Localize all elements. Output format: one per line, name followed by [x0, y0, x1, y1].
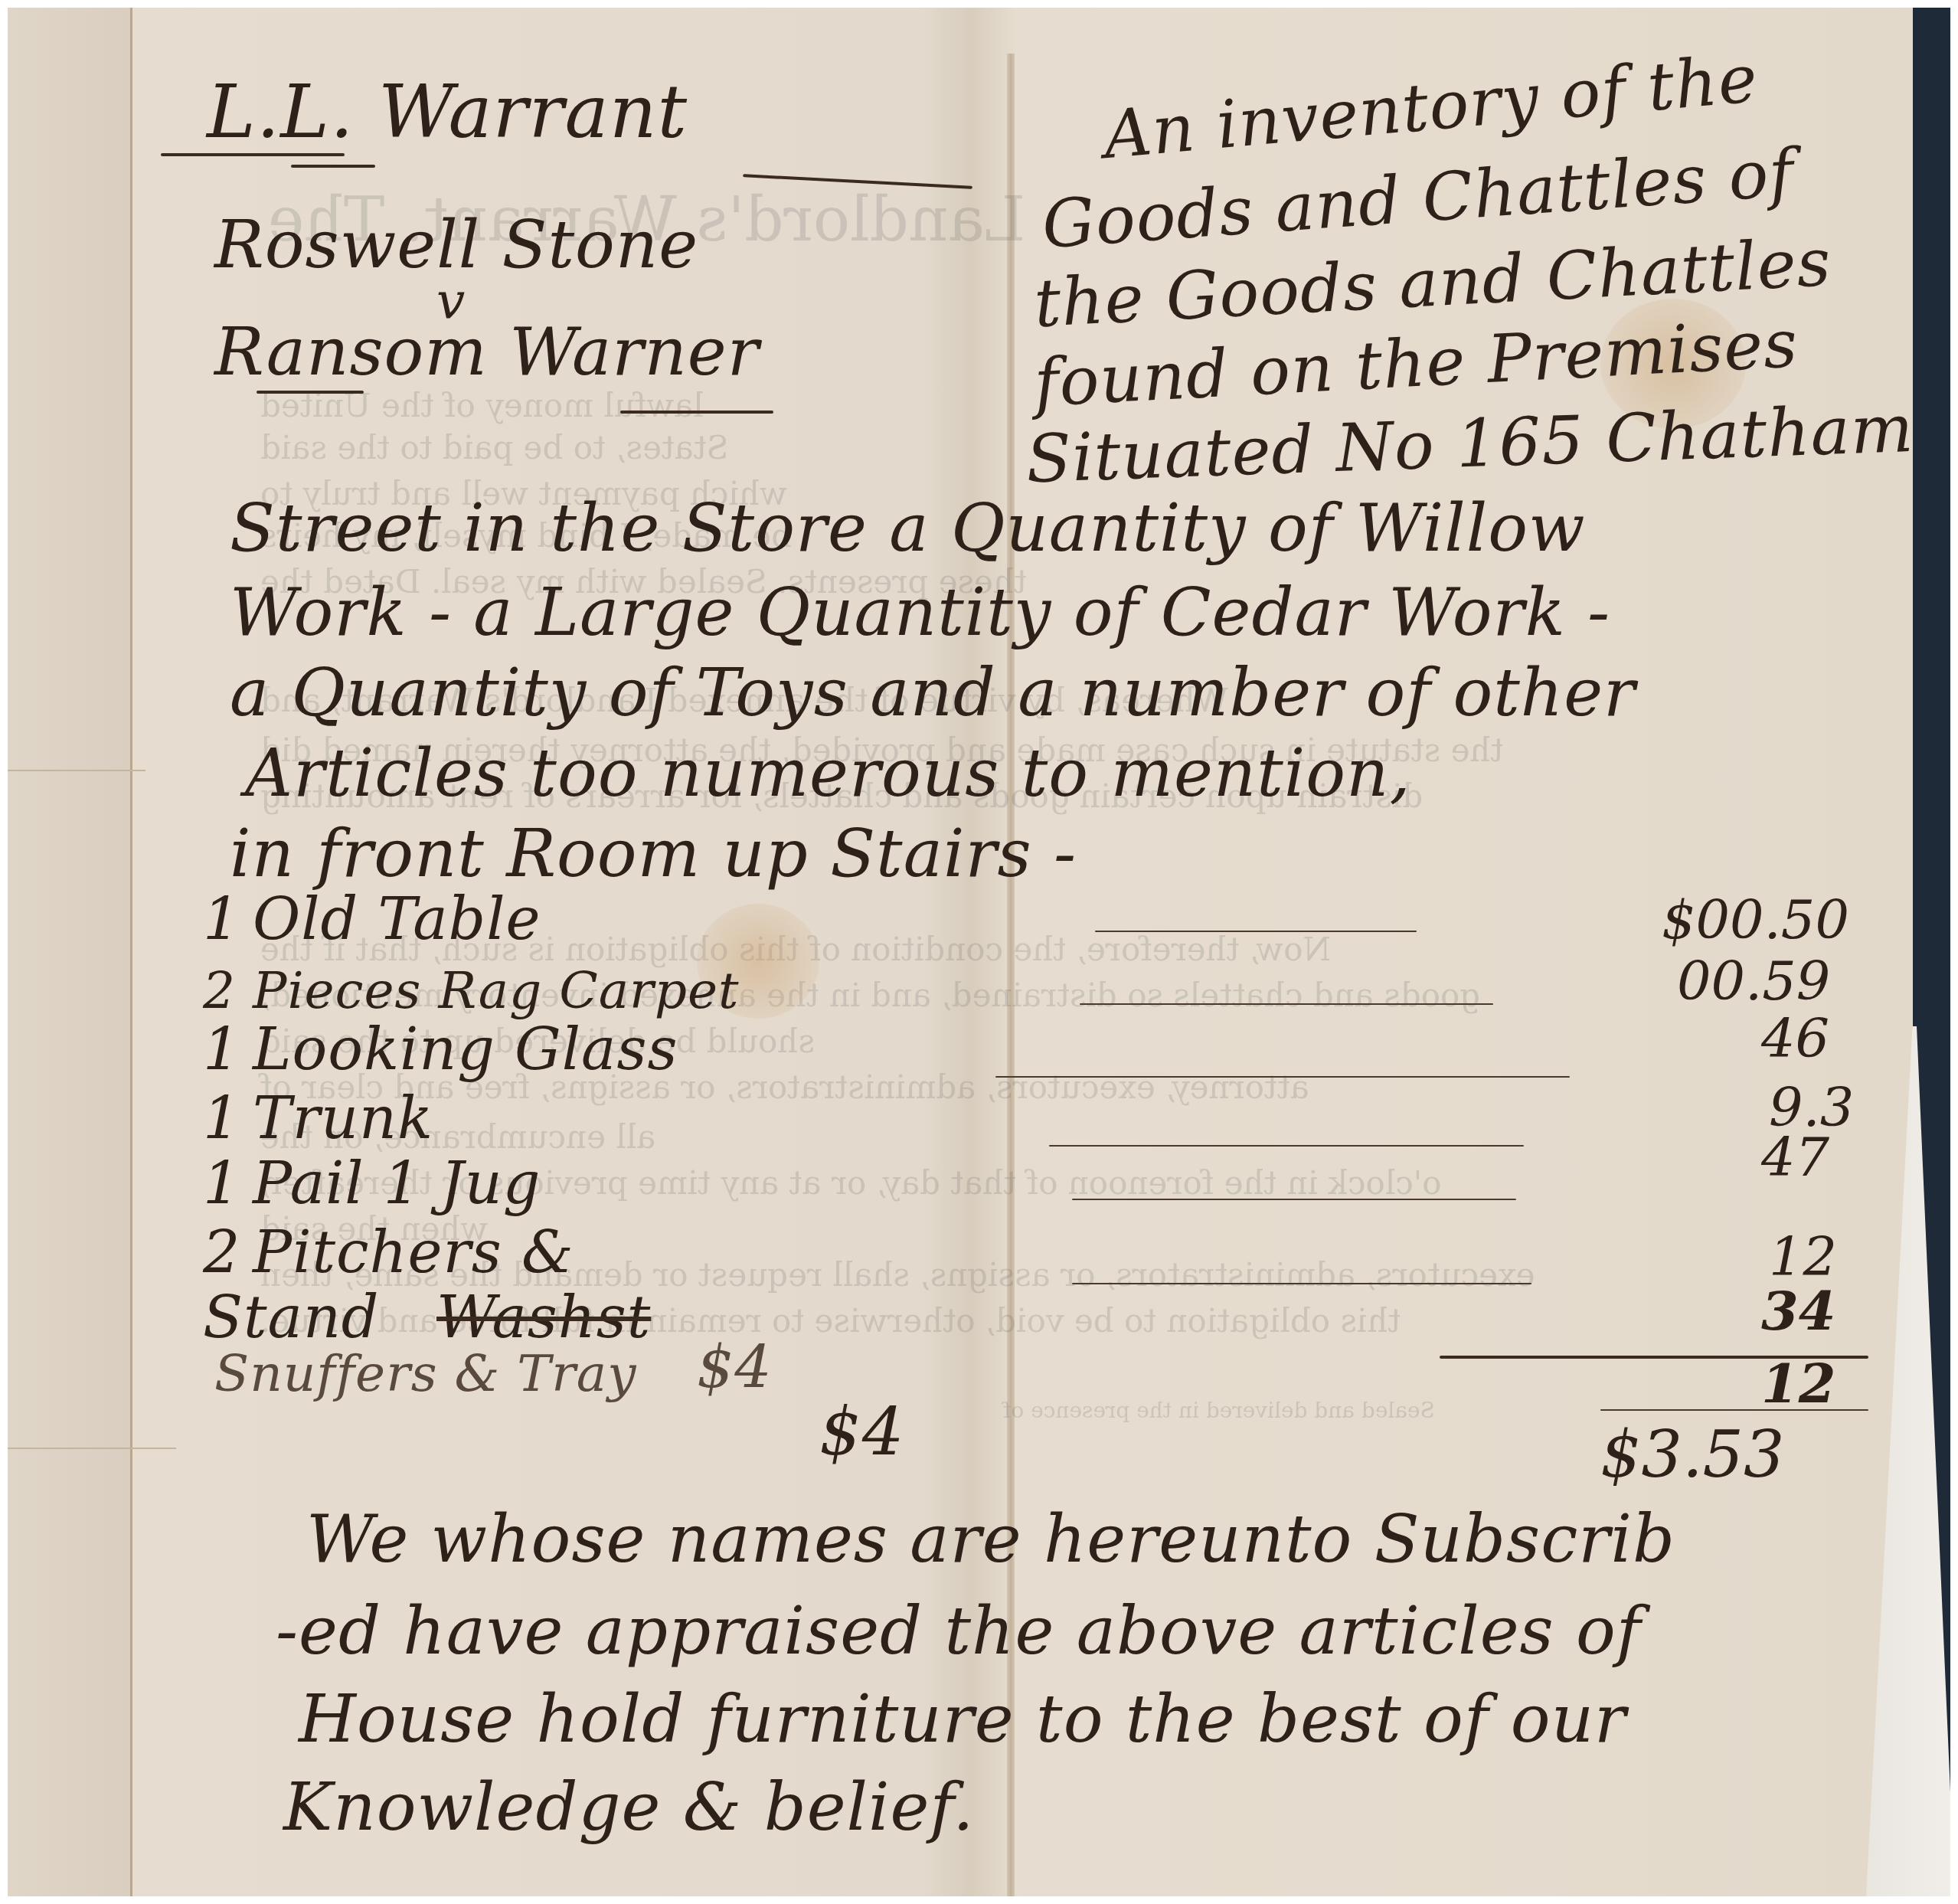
warrant-heading: L.L. Warrant [207, 69, 688, 155]
item-amount: 00.59 [1677, 950, 1830, 1013]
item-amount: 47 [1761, 1126, 1829, 1189]
inventory-body-line: Work - a Large Quantity of Cedar Work - [230, 574, 1610, 651]
printed-form-line: this obligation to be void, otherwise to… [260, 1302, 1401, 1340]
inventory-body-line: Articles too numerous to mention, [245, 735, 1411, 812]
photo-frame: Landlord's Warrant. The lawful money of … [8, 8, 1950, 1896]
struck-word: Washst [436, 1283, 651, 1351]
certification-line: -ed have appraised the above articles of [276, 1593, 1642, 1670]
item-amount: 34 [1761, 1279, 1835, 1343]
leader-line [1072, 1199, 1516, 1200]
item-description: Snuffers & Tray [214, 1344, 636, 1403]
printed-form-line: States, to be paid to the said [260, 429, 728, 466]
certification-line: House hold furniture to the best of our [299, 1681, 1626, 1758]
leader-line [1072, 1283, 1531, 1284]
leader-line [1080, 1003, 1493, 1005]
total-rule [1600, 1409, 1868, 1411]
underline [257, 391, 364, 394]
item-qty: 2 [203, 1218, 240, 1286]
document-paper: Landlord's Warrant. The lawful money of … [8, 8, 1913, 1896]
item-description: Old Table [253, 885, 541, 953]
item-description: Pitchers & [253, 1218, 574, 1286]
underline [161, 153, 345, 156]
inventory-body-line: a Quantity of Toys and a number of other [230, 655, 1636, 731]
underline [620, 411, 773, 414]
leader-line [1049, 1145, 1524, 1147]
defendant-name: Ransom Warner [214, 314, 760, 391]
item-description: Pail 1 Jug [253, 1149, 541, 1217]
paper-fold [8, 1448, 176, 1449]
item-description: Pieces Rag Carpet [253, 961, 739, 1020]
certification-line: We whose names are hereunto Subscrib [306, 1501, 1675, 1578]
item-description: Trunk [253, 1084, 433, 1152]
paper-fold [8, 770, 145, 771]
leader-line [995, 1076, 1570, 1078]
certification-line: Knowledge & belief. [283, 1769, 975, 1846]
item-qty: 1 [203, 1015, 240, 1083]
underline [291, 165, 375, 168]
item-amount: 46 [1761, 1007, 1829, 1070]
item-amount: $00.50 [1662, 888, 1849, 951]
leader-line [1095, 931, 1417, 932]
inventory-body-line: Street in the Store a Quantity of Willow [230, 490, 1586, 567]
item-description: Stand [203, 1283, 380, 1351]
margin-note: $4 [697, 1333, 773, 1401]
item-qty: 2 [203, 961, 236, 1020]
item-qty: 1 [203, 1149, 240, 1217]
folded-back-sheet [8, 8, 132, 1896]
item-description: Looking Glass [253, 1015, 678, 1083]
item-qty: 1 [203, 1084, 240, 1152]
inventory-body-line: in front Room up Stairs - [230, 816, 1077, 892]
inventory-total: $3.53 [1600, 1417, 1784, 1492]
item-qty: 1 [203, 885, 240, 953]
printed-form-line: Sealed and delivered in the presence of [1003, 1398, 1435, 1423]
item-amount: 12 [1761, 1352, 1835, 1415]
margin-note: $4 [819, 1394, 904, 1471]
